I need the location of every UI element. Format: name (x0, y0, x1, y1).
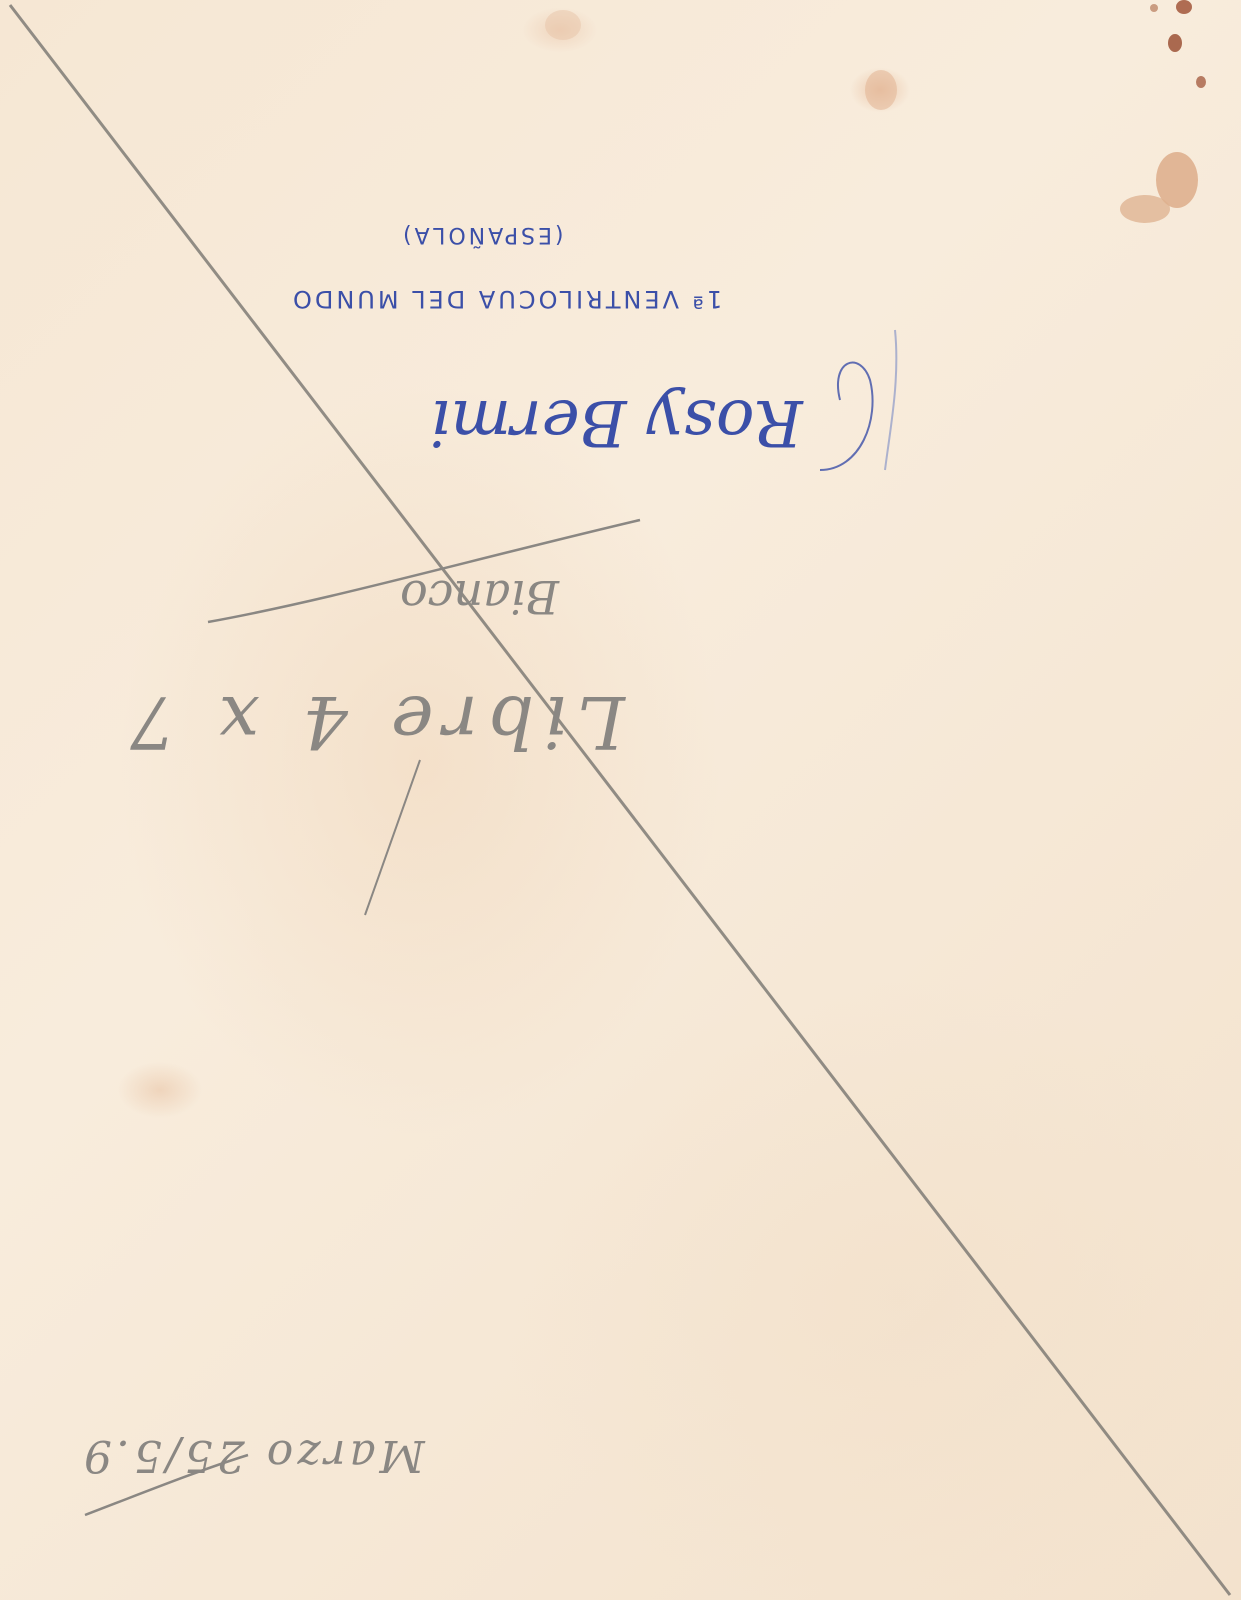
pencil-size-note: Libre 4 x 7 (120, 680, 625, 764)
pencil-name-note: Bianco (400, 570, 559, 624)
signature: Rosy Bermi (430, 385, 803, 459)
subtitle-inscription: (ESPAÑOLA) (400, 222, 564, 247)
date-note: Marzo 25/5.9 (80, 1430, 425, 1481)
pencil-marks (0, 0, 1241, 1600)
title-inscription: 1ª VENTRILOCUA DEL MUNDO (290, 285, 722, 313)
scanned-photo-back: 1ª VENTRILOCUA DEL MUNDO (ESPAÑOLA) Rosy… (0, 0, 1241, 1600)
